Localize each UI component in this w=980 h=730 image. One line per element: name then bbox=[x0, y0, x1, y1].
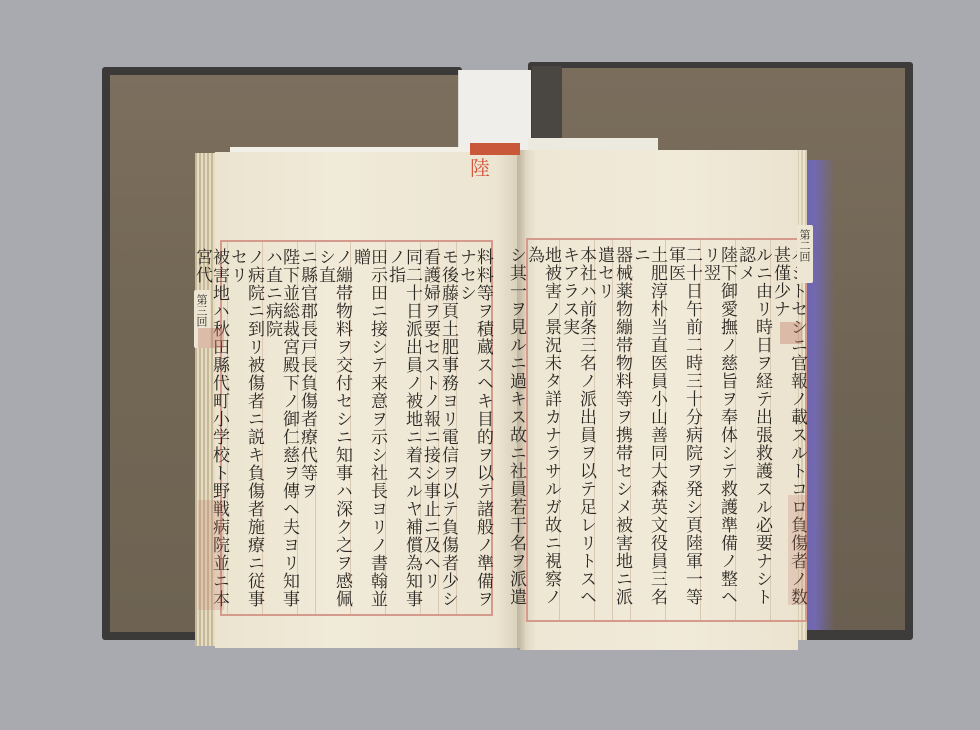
left-page-text-frame: 料料等ヲ積蔵スヘキ目的ヲ以テ諸般ノ準備ヲナセシ モ後藤頁土肥事務ヨリ電信ヲ以テ負… bbox=[220, 240, 493, 616]
red-seal-stamp bbox=[198, 500, 224, 610]
text-column: 料料等ヲ積蔵スヘキ目的ヲ以テ諸般ノ準備ヲナセシ bbox=[456, 242, 491, 614]
text-column: 遣セリ bbox=[594, 240, 612, 620]
text-column: ニ縣官郡長戸長負傷者療代等ヲ bbox=[297, 242, 315, 614]
text-column: 田示田ニ接シテ来意ヲ示シ社長ヨリノ書翰並贈 bbox=[350, 242, 385, 614]
text-column: 地被害ノ景況未タ詳カナラサルガ故ニ視察ノ為 bbox=[524, 240, 559, 620]
text-column: 看護婦ヲ要セストノ報ニ接シ事止ニ及ヘリ bbox=[420, 242, 438, 614]
text-column: モ後藤頁土肥事務ヨリ電信ヲ以テ負傷者少シ bbox=[438, 242, 456, 614]
chapter-tab-right: 第二回 bbox=[797, 225, 813, 283]
red-seal-stamp bbox=[198, 328, 224, 348]
text-column: ノ繃帯物料ヲ交付セシニ知事ハ深ク之ヲ感佩シ直 bbox=[315, 242, 350, 614]
text-column: 本社ハ前条三名ノ派出員ヲ以テ足レリトスヘキアラス実 bbox=[559, 240, 594, 620]
text-column: ノ病院ニ到リ被傷者ニ説キ負傷者施療ニ従事セリ bbox=[227, 242, 262, 614]
text-column: ルニ由リ時日ヲ経テ出張救護スル必要ナシト認メ bbox=[735, 240, 770, 620]
red-seal-stamp bbox=[780, 322, 802, 344]
text-column: 器械薬物繃帯物料等ヲ携帯セシメ被害地ニ派 bbox=[612, 240, 630, 620]
bookmark-slip bbox=[458, 70, 531, 150]
text-column: シ其一ヲ見ルニ過キス故ニ社員若干名ヲ派遣 bbox=[507, 240, 524, 620]
text-column: 陸下御愛撫ノ慈旨ヲ奉体シテ救護準備ノ整ヘリ翌 bbox=[700, 240, 735, 620]
text-column: 同二十日派出員ノ被地ニ着スルヤ補償為知事ノ指 bbox=[385, 242, 420, 614]
text-column: 二十日午前二時三十分病院ヲ発シ頁陸軍一等軍医 bbox=[665, 240, 700, 620]
red-ink-mark: 陸 bbox=[470, 152, 490, 181]
red-seal-stamp bbox=[788, 495, 808, 605]
text-column: 土肥淳朴当直医員小山善同大森英文役員三名ニ bbox=[630, 240, 665, 620]
right-page-text-frame: ハシトセシニ官報ノ載スルトコロ負傷者ノ数甚僅少ナ ルニ由リ時日ヲ経テ出張救護スル… bbox=[526, 238, 807, 622]
text-column: 陛下並総裁宮殿下ノ御仁慈ヲ傳ヘ夫ヨリ知事ハ直ニ病院 bbox=[262, 242, 297, 614]
